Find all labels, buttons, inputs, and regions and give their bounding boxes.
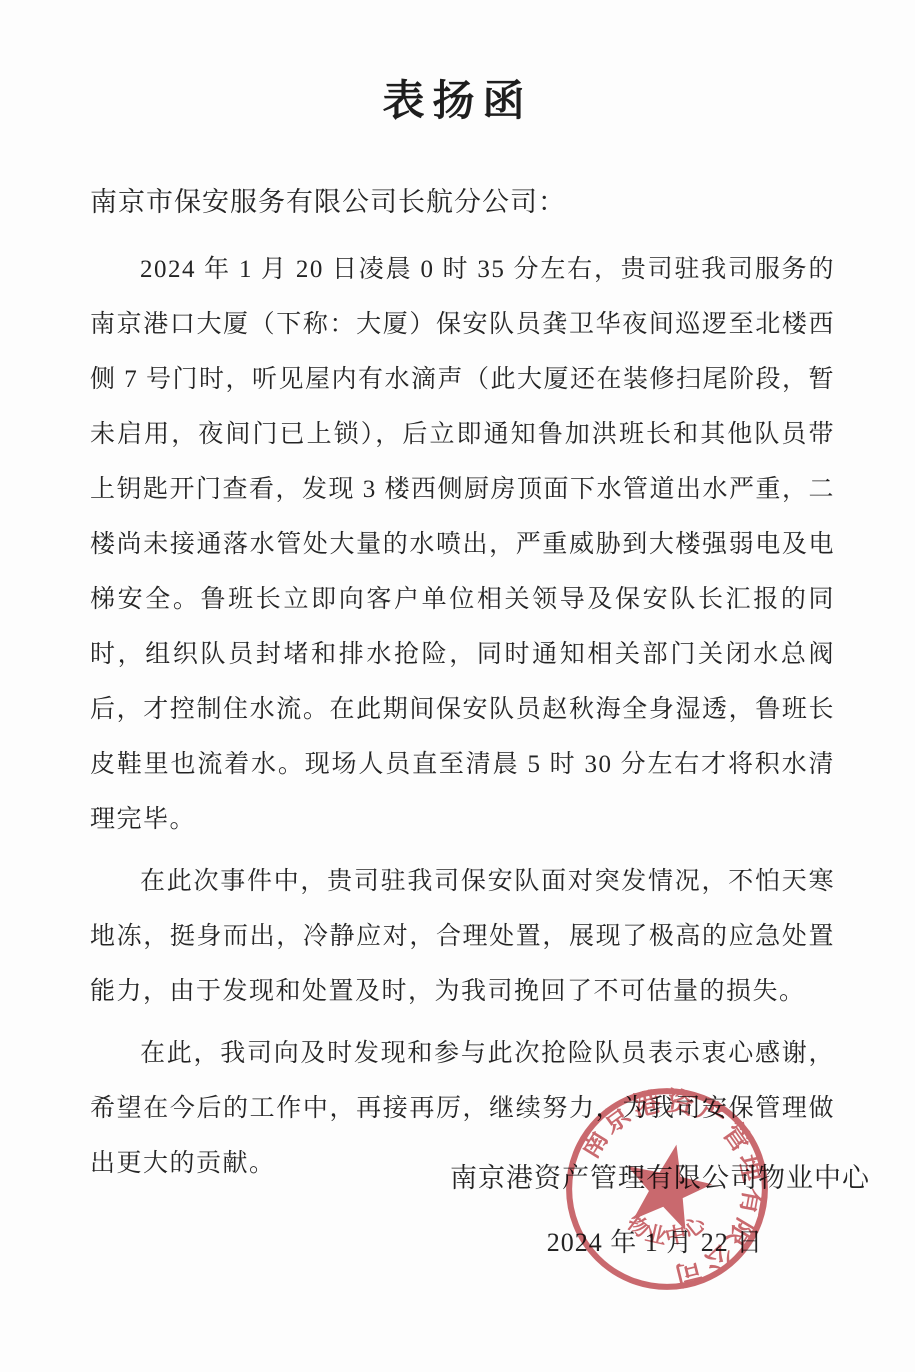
letter-body: 南京市保安服务有限公司长航分公司： 2024 年 1 月 20 日凌晨 0 时 … (90, 182, 835, 1198)
body-paragraph-2: 在此次事件中，贵司驻我司保安队面对突发情况，不怕天寒地冻，挺身而出，冷静应对，合… (90, 854, 835, 1019)
signature-line: 南京港资产管理有限公司物业中心 (450, 1158, 860, 1198)
recipient-line: 南京市保安服务有限公司长航分公司： (90, 182, 835, 222)
signature-block: 南京港资产管理有限公司物业中心 2024 年 1 月 22 日 (450, 1158, 860, 1259)
commendation-letter-page: 表扬函 南京市保安服务有限公司长航分公司： 2024 年 1 月 20 日凌晨 … (0, 0, 915, 1372)
date-line: 2024 年 1 月 22 日 (450, 1222, 860, 1259)
body-paragraph-1: 2024 年 1 月 20 日凌晨 0 时 35 分左右，贵司驻我司服务的南京港… (90, 242, 835, 847)
letter-title: 表扬函 (0, 0, 915, 128)
